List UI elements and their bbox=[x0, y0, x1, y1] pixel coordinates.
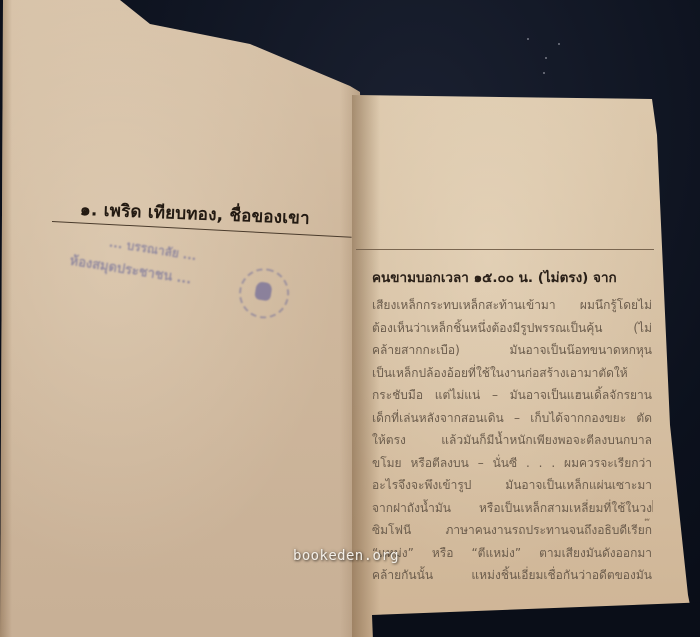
body-line: เด็กที่เล่นหลังจากสอนเดิน – เก็บได้จากกอ… bbox=[372, 407, 652, 430]
body-line: อะไรจึงจะพึงเข้ารูป มันอาจเป็นเหล็กแผ่นเ… bbox=[372, 474, 652, 497]
body-line: เป็นเหล็กปล้องอ้อยที่ใช้ในงานก่อสร้างเอา… bbox=[372, 362, 652, 385]
right-page-body: คนขามบอกเวลา ๑๕.๐๐ น. (ไม่ตรง) จาก เสียง… bbox=[372, 266, 652, 587]
watermark: bookeden.org bbox=[293, 548, 399, 564]
body-line: ซิมโฟนี ภาษาคนงานรถประทานจนถึงอธิบดีเรีย… bbox=[372, 519, 652, 542]
margin-tick bbox=[652, 500, 653, 512]
body-line: จากฝาถังน้ำมัน หรือเป็นเหล็กสามเหลี่ยมที… bbox=[372, 497, 652, 520]
body-line: คล้ายสากกะเบือ) มันอาจเป็นน๊อทขนาดหกหุน bbox=[372, 339, 652, 362]
body-line: คล้ายกันนั้น แหม่งชิ้นเอี่ยมเชื่อกันว่าอ… bbox=[372, 564, 652, 587]
body-line: ให้ตรง แล้วมันก็มีน้ำหนักเพียงพอจะตีลงบน… bbox=[372, 429, 652, 452]
right-page-rule bbox=[356, 249, 654, 250]
body-line: ขโมย หรือตีลงบน – นั่นซี . . . ผมควรจะเร… bbox=[372, 452, 652, 475]
body-line: ต้องเห็นว่าเหล็กชิ้นหนึ่งต้องมีรูปพรรณเป… bbox=[372, 317, 652, 340]
body-line: กระชับมือ แต่ไม่แน่ – มันอาจเป็นแฮนเดิ้ล… bbox=[372, 384, 652, 407]
opening-line: คนขามบอกเวลา ๑๕.๐๐ น. (ไม่ตรง) จาก bbox=[372, 266, 652, 288]
round-seal-icon bbox=[235, 265, 292, 322]
body-line: “แหม่ง” หรือ “ตีแหม่ง” ตามเสียงมันดังออก… bbox=[372, 542, 652, 565]
body-line: เสียงเหล็กกระทบเหล็กสะท้านเข้ามา ผมนึกรู… bbox=[372, 294, 652, 317]
